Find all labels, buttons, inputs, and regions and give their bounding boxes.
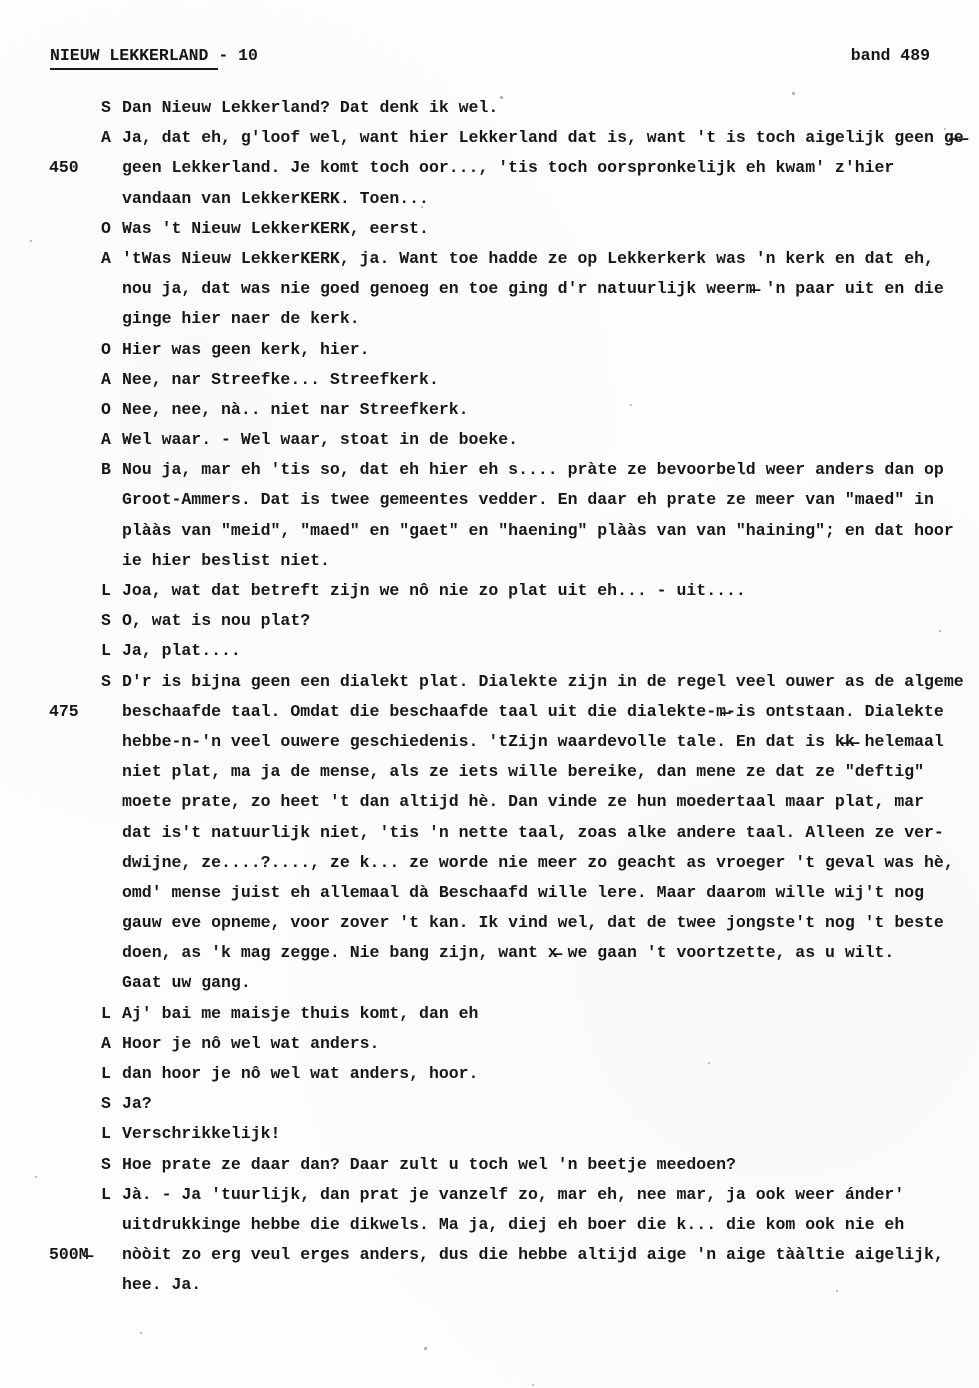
- line-number: [48, 395, 101, 425]
- utterance-text: Groot-Ammers. Dat is twee gemeentes vedd…: [122, 485, 979, 515]
- line-number: [48, 787, 101, 817]
- line-number: [48, 546, 101, 576]
- speaker-label: A: [101, 1029, 122, 1059]
- line-number: [48, 214, 101, 244]
- tape-band-label: band 489: [851, 46, 930, 65]
- utterance-text: nou ja, dat was nie goed genoeg en toe g…: [122, 274, 979, 304]
- utterance-text: Nee, nar Streefke... Streefkerk.: [122, 365, 979, 395]
- speaker-label: O: [101, 214, 122, 244]
- scan-speck: [939, 630, 941, 632]
- speaker-label: A: [101, 425, 122, 455]
- scan-speck: [630, 404, 632, 406]
- speaker-label: L: [101, 636, 122, 666]
- speaker-label: [101, 1270, 122, 1300]
- transcript-line: L Jà. - Ja 'tuurlijk, dan prat je vanzel…: [48, 1180, 979, 1210]
- line-number: [48, 365, 101, 395]
- transcript-line: L Joa, wat dat betreft zijn we nô nie zo…: [48, 576, 979, 606]
- speaker-label: [101, 818, 122, 848]
- scanned-transcript-page: { "header": { "left_underlined": "NIEUW …: [0, 0, 979, 1388]
- transcript-line: A Hoor je nô wel wat anders.: [48, 1029, 979, 1059]
- line-number: 475: [48, 697, 101, 727]
- transcript-line: moete prate, zo heet 't dan altijd hè. D…: [48, 787, 979, 817]
- scan-speck: [424, 1347, 427, 1350]
- utterance-text: dat is't natuurlijk niet, 'tis 'n nette …: [122, 818, 979, 848]
- line-number: 500M̶: [48, 1240, 101, 1270]
- utterance-text: Verschrikkelijk!: [122, 1119, 979, 1149]
- speaker-label: [101, 848, 122, 878]
- utterance-text: Aj' bai me maisje thuis komt, dan eh: [122, 999, 979, 1029]
- transcript-line: S Hoe prate ze daar dan? Daar zult u toc…: [48, 1150, 979, 1180]
- speaker-label: [101, 968, 122, 998]
- speaker-label: B: [101, 455, 122, 485]
- utterance-text: Joa, wat dat betreft zijn we nô nie zo p…: [122, 576, 979, 606]
- utterance-text: Dan Nieuw Lekkerland? Dat denk ik wel.: [122, 93, 979, 123]
- transcript-line: nou ja, dat was nie goed genoeg en toe g…: [48, 274, 979, 304]
- utterance-text: Gaat uw gang.: [122, 968, 979, 998]
- scan-speck: [140, 1332, 142, 1334]
- speaker-label: A: [101, 365, 122, 395]
- transcript-line: L dan hoor je nô wel wat anders, hoor.: [48, 1059, 979, 1089]
- transcript-line: omd' mense juist eh allemaal dà Beschaaf…: [48, 878, 979, 908]
- transcript-line: L Verschrikkelijk!: [48, 1119, 979, 1149]
- transcript-line: Groot-Ammers. Dat is twee gemeentes vedd…: [48, 485, 979, 515]
- speaker-label: S: [101, 1150, 122, 1180]
- speaker-label: [101, 546, 122, 576]
- speaker-label: [101, 485, 122, 515]
- speaker-label: L: [101, 1180, 122, 1210]
- line-number: [48, 667, 101, 697]
- speaker-label: [101, 304, 122, 334]
- speaker-label: S: [101, 1089, 122, 1119]
- transcript-line: L Aj' bai me maisje thuis komt, dan eh: [48, 999, 979, 1029]
- utterance-text: hebbe-n-'n veel ouwere geschiedenis. 'tZ…: [122, 727, 979, 757]
- utterance-text: geen Lekkerland. Je komt toch oor..., 't…: [122, 153, 979, 183]
- line-number: [48, 908, 101, 938]
- line-number: [48, 93, 101, 123]
- transcript-line: ginge hier naer de kerk.: [48, 304, 979, 334]
- utterance-text: uitdrukkinge hebbe die dikwels. Ma ja, d…: [122, 1210, 979, 1240]
- scan-speck: [944, 128, 946, 130]
- speaker-label: [101, 1240, 122, 1270]
- speaker-label: L: [101, 999, 122, 1029]
- line-number: [48, 1150, 101, 1180]
- document-title-underlined: NIEUW LEKKERLAND: [50, 46, 218, 70]
- utterance-text: plààs van "meid", "maed" en "gaet" en "h…: [122, 516, 979, 546]
- transcript-line: B Nou ja, mar eh 'tis so, dat eh hier eh…: [48, 455, 979, 485]
- line-number: [48, 516, 101, 546]
- speaker-label: O: [101, 335, 122, 365]
- page-header: NIEUW LEKKERLAND - 10 band 489: [50, 46, 930, 70]
- speaker-label: L: [101, 576, 122, 606]
- transcript-line: gauw eve opneme, voor zover 't kan. Ik v…: [48, 908, 979, 938]
- speaker-label: O: [101, 395, 122, 425]
- transcript-line: S O, wat is nou plat?: [48, 606, 979, 636]
- utterance-text: dan hoor je nô wel wat anders, hoor.: [122, 1059, 979, 1089]
- line-number: [48, 727, 101, 757]
- line-number: [48, 1059, 101, 1089]
- utterance-text: Ja, plat....: [122, 636, 979, 666]
- utterance-text: D'r is bijna geen een dialekt plat. Dial…: [122, 667, 979, 697]
- transcript-line: Gaat uw gang.: [48, 968, 979, 998]
- utterance-text: Nou ja, mar eh 'tis so, dat eh hier eh s…: [122, 455, 979, 485]
- transcript-line: niet plat, ma ja de mense, als ze iets w…: [48, 757, 979, 787]
- speaker-label: [101, 697, 122, 727]
- transcript-line: dat is't natuurlijk niet, 'tis 'n nette …: [48, 818, 979, 848]
- utterance-text: Was 't Nieuw LekkerKERK, eerst.: [122, 214, 979, 244]
- transcript-line: A Wel waar. - Wel waar, stoat in de boek…: [48, 425, 979, 455]
- line-number: [48, 274, 101, 304]
- utterance-text: Ja, dat eh, g'loof wel, want hier Lekker…: [122, 123, 979, 153]
- utterance-text: hee. Ja.: [122, 1270, 979, 1300]
- utterance-text: Hier was geen kerk, hier.: [122, 335, 979, 365]
- scan-speck: [792, 92, 795, 95]
- transcript-line: dwijne, ze....?...., ze k... ze worde ni…: [48, 848, 979, 878]
- line-number: [48, 757, 101, 787]
- line-number: [48, 878, 101, 908]
- transcript-line: ie hier beslist niet.: [48, 546, 979, 576]
- utterance-text: ie hier beslist niet.: [122, 546, 979, 576]
- line-number: [48, 1029, 101, 1059]
- transcript-line: plààs van "meid", "maed" en "gaet" en "h…: [48, 516, 979, 546]
- utterance-text: Hoe prate ze daar dan? Daar zult u toch …: [122, 1150, 979, 1180]
- speaker-label: L: [101, 1119, 122, 1149]
- utterance-text: ginge hier naer de kerk.: [122, 304, 979, 334]
- utterance-text: Wel waar. - Wel waar, stoat in de boeke.: [122, 425, 979, 455]
- utterance-text: omd' mense juist eh allemaal dà Beschaaf…: [122, 878, 979, 908]
- line-number: [48, 1180, 101, 1210]
- utterance-text: Nee, nee, nà.. niet nar Streefkerk.: [122, 395, 979, 425]
- utterance-text: Hoor je nô wel wat anders.: [122, 1029, 979, 1059]
- line-number: [48, 1270, 101, 1300]
- speaker-label: [101, 1210, 122, 1240]
- utterance-text: 'tWas Nieuw LekkerKERK, ja. Want toe had…: [122, 244, 979, 274]
- line-number: [48, 606, 101, 636]
- transcript-line: vandaan van LekkerKERK. Toen...: [48, 184, 979, 214]
- utterance-text: O, wat is nou plat?: [122, 606, 979, 636]
- transcript-line: uitdrukkinge hebbe die dikwels. Ma ja, d…: [48, 1210, 979, 1240]
- document-title-page-number: - 10: [218, 46, 258, 65]
- speaker-label: A: [101, 123, 122, 153]
- line-number: [48, 848, 101, 878]
- speaker-label: [101, 153, 122, 183]
- transcript-line: S D'r is bijna geen een dialekt plat. Di…: [48, 667, 979, 697]
- speaker-label: S: [101, 667, 122, 697]
- utterance-text: dwijne, ze....?...., ze k... ze worde ni…: [122, 848, 979, 878]
- line-number: [48, 938, 101, 968]
- transcript-line: O Was 't Nieuw LekkerKERK, eerst.: [48, 214, 979, 244]
- line-number: [48, 244, 101, 274]
- scan-speck: [532, 1384, 534, 1386]
- line-number: [48, 576, 101, 606]
- scan-speck: [742, 472, 745, 475]
- transcript-line: 450 geen Lekkerland. Je komt toch oor...…: [48, 153, 979, 183]
- transcript-line: 500M̶ nòòit zo erg veul erges anders, du…: [48, 1240, 979, 1270]
- utterance-text: Ja?: [122, 1089, 979, 1119]
- speaker-label: S: [101, 606, 122, 636]
- line-number: [48, 636, 101, 666]
- line-number: [48, 304, 101, 334]
- utterance-text: moete prate, zo heet 't dan altijd hè. D…: [122, 787, 979, 817]
- utterance-text: doen, as 'k mag zegge. Nie bang zijn, wa…: [122, 938, 979, 968]
- transcript-line: A Nee, nar Streefke... Streefkerk.: [48, 365, 979, 395]
- transcript-line: O Hier was geen kerk, hier.: [48, 335, 979, 365]
- transcript-line: hebbe-n-'n veel ouwere geschiedenis. 'tZ…: [48, 727, 979, 757]
- transcript-line: O Nee, nee, nà.. niet nar Streefkerk.: [48, 395, 979, 425]
- speaker-label: [101, 727, 122, 757]
- line-number: [48, 1119, 101, 1149]
- speaker-label: [101, 878, 122, 908]
- speaker-label: S: [101, 93, 122, 123]
- scan-speck: [35, 1176, 37, 1178]
- line-number: [48, 123, 101, 153]
- line-number: [48, 818, 101, 848]
- line-number: [48, 425, 101, 455]
- speaker-label: [101, 274, 122, 304]
- scan-speck: [708, 1062, 710, 1064]
- speaker-label: A: [101, 244, 122, 274]
- speaker-label: [101, 184, 122, 214]
- line-number: 450: [48, 153, 101, 183]
- speaker-label: L: [101, 1059, 122, 1089]
- speaker-label: [101, 908, 122, 938]
- speaker-label: [101, 516, 122, 546]
- line-number: [48, 455, 101, 485]
- line-number: [48, 968, 101, 998]
- transcript: S Dan Nieuw Lekkerland? Dat denk ik wel.…: [48, 93, 979, 1301]
- line-number: [48, 335, 101, 365]
- line-number: [48, 1089, 101, 1119]
- line-number: [48, 184, 101, 214]
- speaker-label: [101, 757, 122, 787]
- line-number: [48, 999, 101, 1029]
- utterance-text: Jà. - Ja 'tuurlijk, dan prat je vanzelf …: [122, 1180, 979, 1210]
- line-number: [48, 485, 101, 515]
- utterance-text: vandaan van LekkerKERK. Toen...: [122, 184, 979, 214]
- scan-speck: [500, 96, 503, 99]
- transcript-line: hee. Ja.: [48, 1270, 979, 1300]
- utterance-text: niet plat, ma ja de mense, als ze iets w…: [122, 757, 979, 787]
- transcript-line: 475 beschaafde taal. Omdat die beschaafd…: [48, 697, 979, 727]
- transcript-line: S Dan Nieuw Lekkerland? Dat denk ik wel.: [48, 93, 979, 123]
- speaker-label: [101, 787, 122, 817]
- transcript-line: A Ja, dat eh, g'loof wel, want hier Lekk…: [48, 123, 979, 153]
- utterance-text: beschaafde taal. Omdat die beschaafde ta…: [122, 697, 979, 727]
- scan-speck: [836, 1290, 838, 1292]
- transcript-line: A 'tWas Nieuw LekkerKERK, ja. Want toe h…: [48, 244, 979, 274]
- utterance-text: gauw eve opneme, voor zover 't kan. Ik v…: [122, 908, 979, 938]
- transcript-line: doen, as 'k mag zegge. Nie bang zijn, wa…: [48, 938, 979, 968]
- line-number: [48, 1210, 101, 1240]
- scan-speck: [30, 240, 32, 242]
- document-title: NIEUW LEKKERLAND - 10: [50, 46, 258, 65]
- scan-speck: [421, 206, 423, 208]
- transcript-line: S Ja?: [48, 1089, 979, 1119]
- utterance-text: nòòit zo erg veul erges anders, dus die …: [122, 1240, 979, 1270]
- speaker-label: [101, 938, 122, 968]
- transcript-line: L Ja, plat....: [48, 636, 979, 666]
